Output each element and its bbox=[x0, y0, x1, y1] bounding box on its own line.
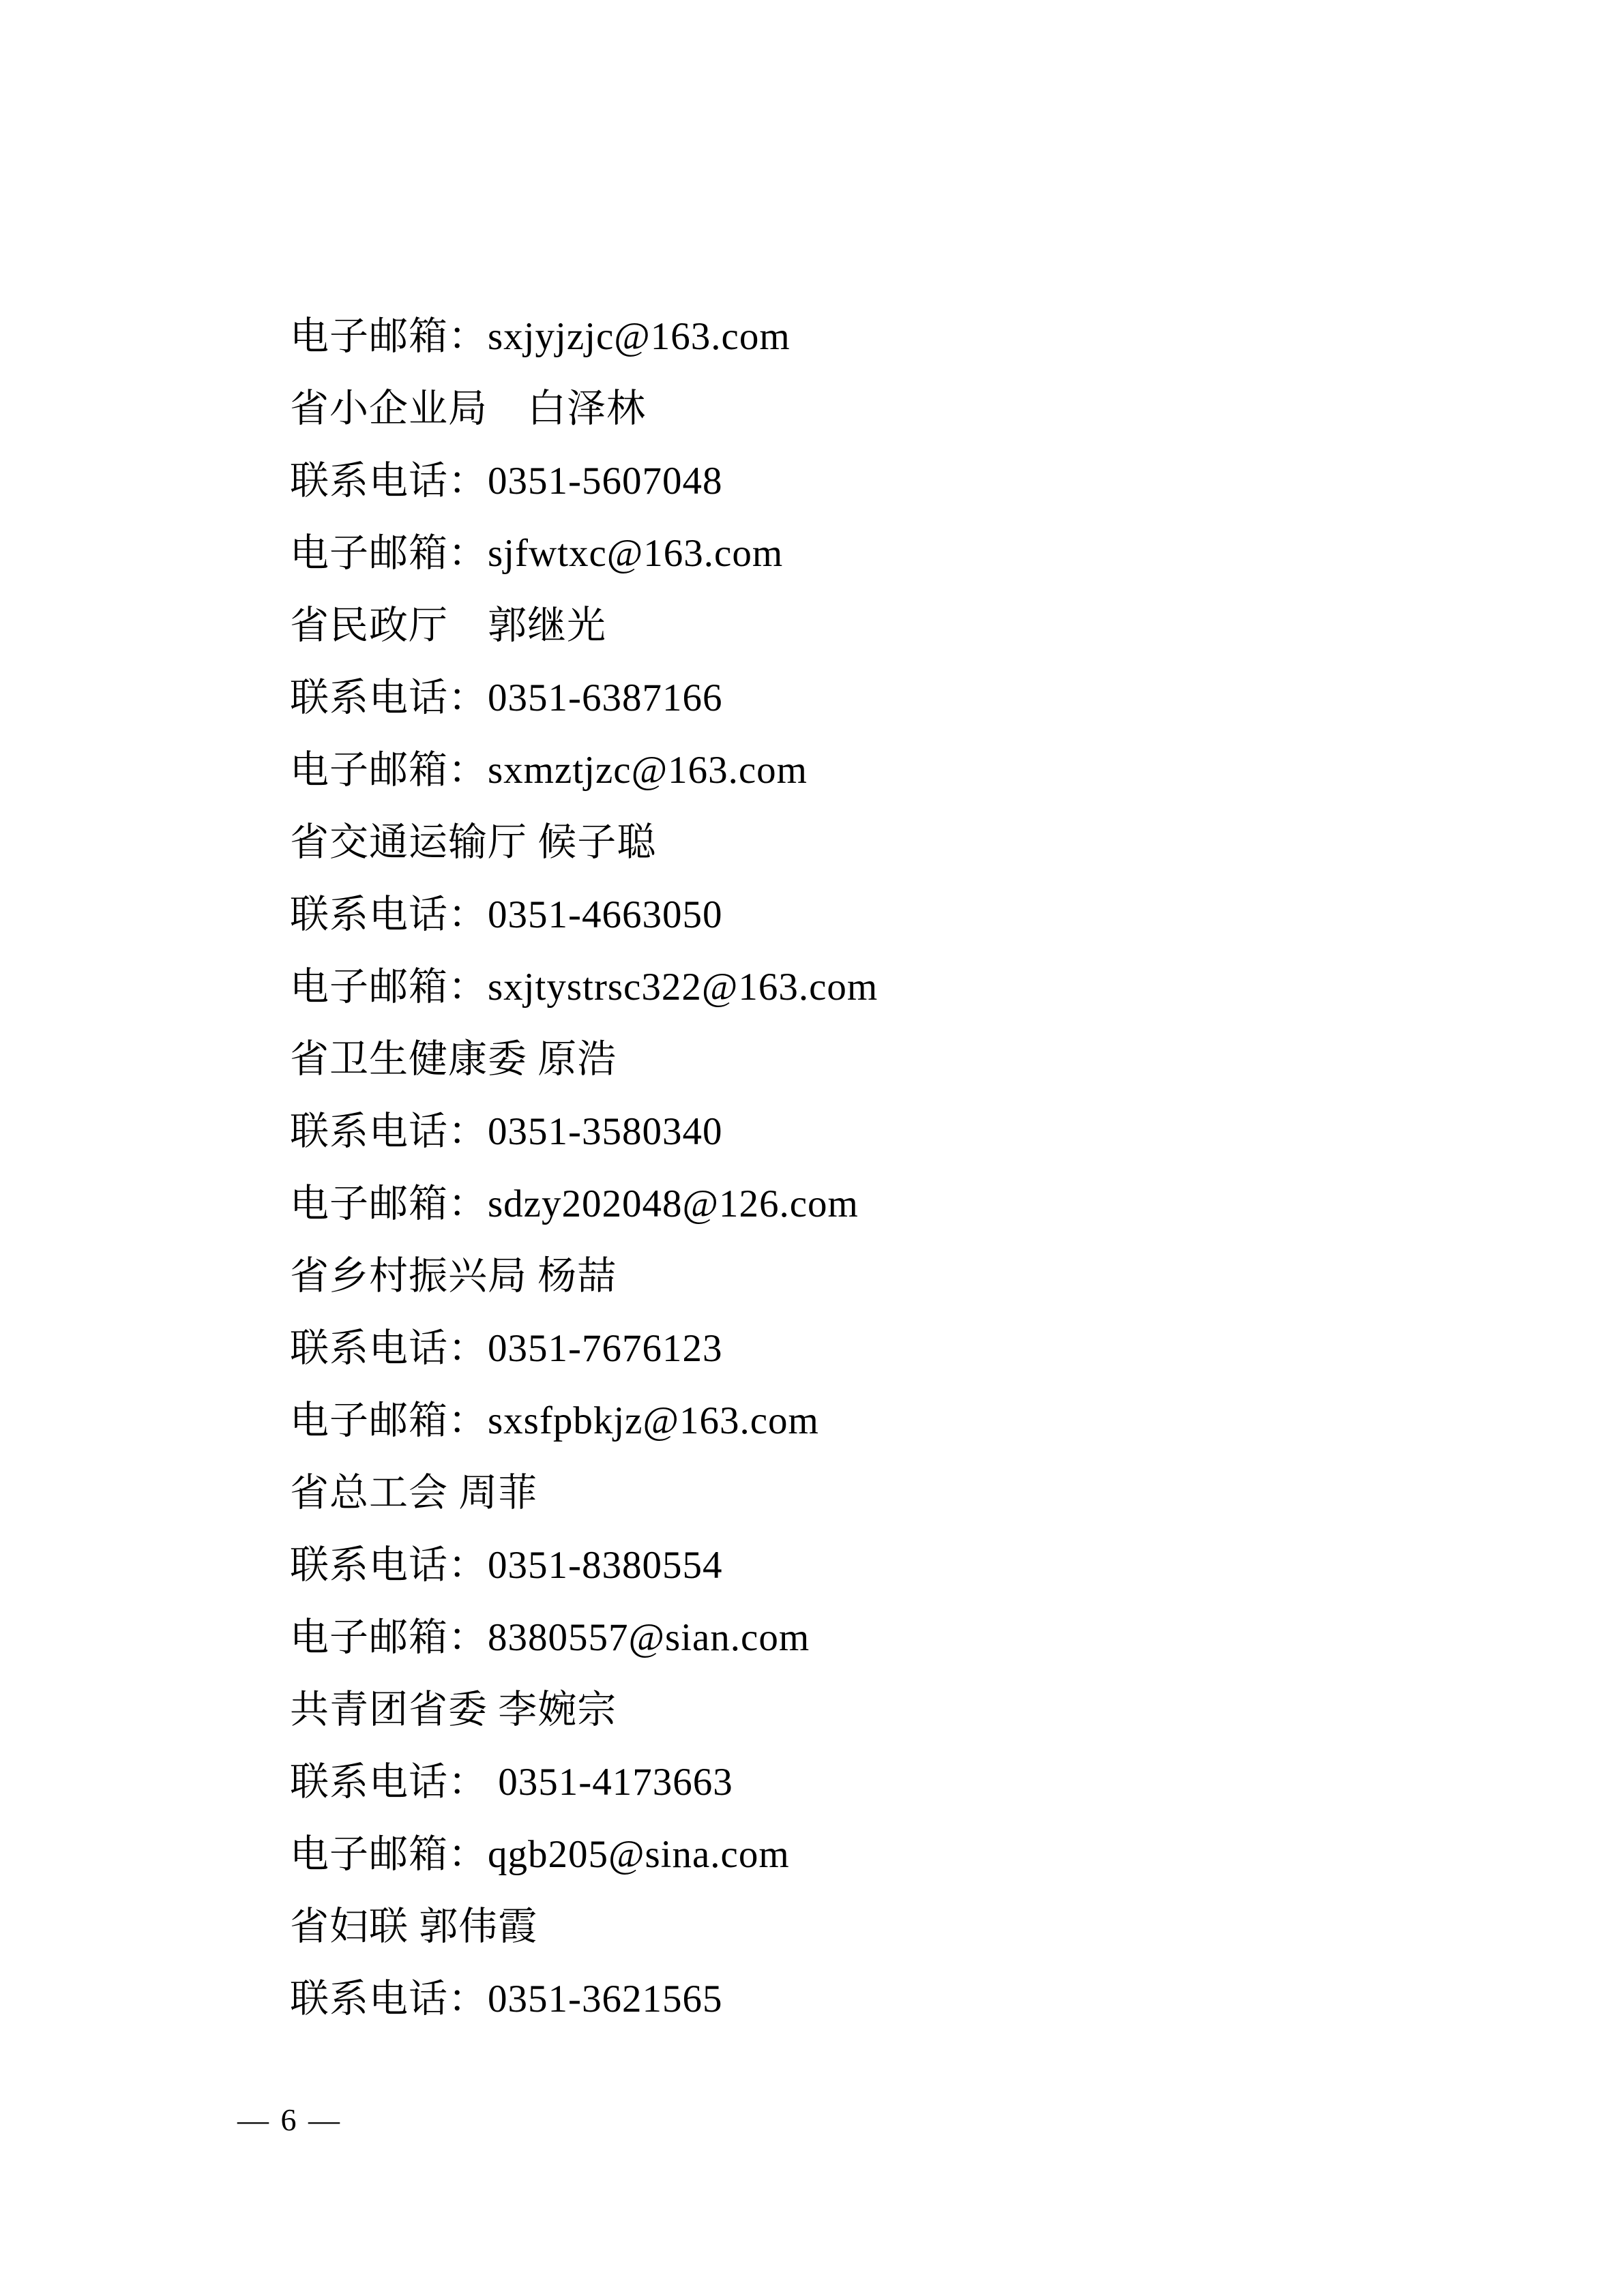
phone-line: 联系电话：0351-7676123 bbox=[290, 1313, 1518, 1385]
email-line: 电子邮箱：sxjyjzjc@163.com bbox=[290, 301, 1518, 373]
phone-line: 联系电话：0351-3580340 bbox=[290, 1096, 1518, 1168]
email-line: 电子邮箱：sxjtystrsc322@163.com bbox=[290, 951, 1518, 1024]
phone-line: 联系电话：0351-8380554 bbox=[290, 1530, 1518, 1602]
page-number-footer: — 6 — bbox=[237, 2104, 342, 2136]
phone-line: 联系电话：0351-5607048 bbox=[290, 445, 1518, 518]
department-person-line: 省妇联 郭伟霞 bbox=[290, 1891, 1518, 1963]
department-person-line: 省小企业局 白泽林 bbox=[290, 373, 1518, 445]
contact-list: 电子邮箱：sxjyjzjc@163.com 省小企业局 白泽林 联系电话：035… bbox=[290, 301, 1518, 2036]
department-person-line: 省乡村振兴局 杨喆 bbox=[290, 1240, 1518, 1313]
phone-line: 联系电话：0351-6387166 bbox=[290, 662, 1518, 734]
page-background: 电子邮箱：sxjyjzjc@163.com 省小企业局 白泽林 联系电话：035… bbox=[0, 0, 1624, 2296]
department-person-line: 省民政厅 郭继光 bbox=[290, 590, 1518, 662]
document-page: { "page": { "footer_page_number": "— 6 —… bbox=[0, 0, 1624, 2296]
phone-line: 联系电话：0351-4663050 bbox=[290, 879, 1518, 951]
department-person-line: 省总工会 周菲 bbox=[290, 1457, 1518, 1530]
email-line: 电子邮箱：sjfwtxc@163.com bbox=[290, 518, 1518, 590]
email-line: 电子邮箱：sxsfpbkjz@163.com bbox=[290, 1385, 1518, 1457]
email-line: 电子邮箱：sdzy202048@126.com bbox=[290, 1168, 1518, 1240]
department-person-line: 共青团省委 李婉宗 bbox=[290, 1674, 1518, 1746]
email-line: 电子邮箱：sxmztjzc@163.com bbox=[290, 734, 1518, 807]
email-line: 电子邮箱：8380557@sian.com bbox=[290, 1602, 1518, 1674]
department-person-line: 省交通运输厅 候子聪 bbox=[290, 807, 1518, 879]
email-line: 电子邮箱：qgb205@sina.com bbox=[290, 1819, 1518, 1891]
phone-line: 联系电话： 0351-4173663 bbox=[290, 1746, 1518, 1819]
department-person-line: 省卫生健康委 原浩 bbox=[290, 1024, 1518, 1096]
phone-line: 联系电话：0351-3621565 bbox=[290, 1963, 1518, 2036]
